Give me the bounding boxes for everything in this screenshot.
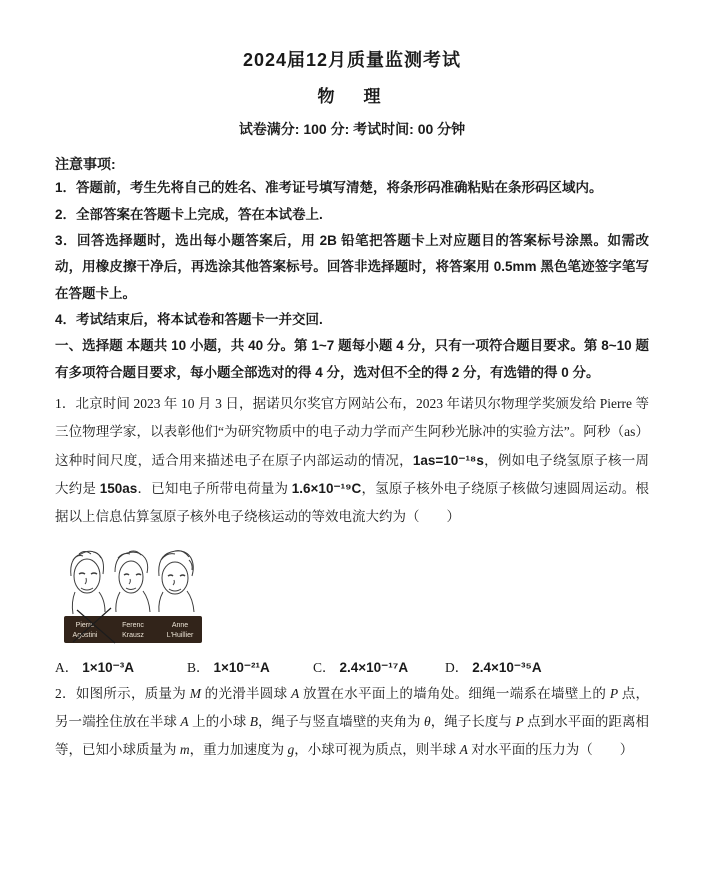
q1-text-segment-7: 1.6×10⁻¹⁹C <box>292 481 361 496</box>
laureate-3-portrait <box>159 550 194 611</box>
laureate-3-last-name: L'Huillier <box>167 632 194 639</box>
question-1-text: 1．北京时间 2023 年 10 月 3 日，据诺贝尔奖官方网站公布，2023 … <box>55 390 649 532</box>
option-value: 2.4×10⁻³⁵A <box>472 660 541 675</box>
exam-meta: 试卷满分: 100 分: 考试时间: 00 分钟 <box>55 119 649 139</box>
q2-text-segment-10: ，绳子与竖直墙壁的夹角为 <box>258 714 424 729</box>
laureate-1-last-name: Agostini <box>73 632 98 639</box>
laureates-name-banner: Pierre Agostini Ferenc Krausz Anne L'Hui… <box>64 616 202 643</box>
exam-subject: 物 理 <box>55 82 649 107</box>
option-label: A． <box>55 660 78 675</box>
question-1-option-C: C．2.4×10⁻¹⁷A <box>313 656 445 676</box>
q1-text-segment-5: 150as <box>100 481 138 496</box>
exam-title: 2024届12月质量监测考试 <box>55 46 649 72</box>
q1-text-segment-0: 1．北京时间 2023 年 10 月 3 日，据诺贝尔奖官方网站公布，2023 … <box>55 396 600 411</box>
q2-text-segment-8: 上的小球 <box>189 714 250 729</box>
q2-text-segment-2: 的光滑半圆球 <box>201 686 291 701</box>
q2-text-segment-1: M <box>190 686 201 701</box>
notice-item-3: 3．回答选择题时，选出每小题答案后，用 2B 铅笔把答题卡上对应题目的答案标号涂… <box>55 228 649 307</box>
option-label: D． <box>445 660 468 675</box>
q2-text-segment-9: B <box>250 714 258 729</box>
q2-text-segment-11: θ <box>424 714 431 729</box>
notice-item-4: 4．考试结束后，将本试卷和答题卡一并交回. <box>55 307 649 333</box>
laureate-2-last-name: Krausz <box>122 632 144 639</box>
laureates-sketch-image: Pierre Agostini Ferenc Krausz Anne L'Hui… <box>63 546 203 646</box>
section-header: 一、选择题 本题共 10 小题，共 40 分。第 1~7 题每小题 4 分，只有… <box>55 333 649 386</box>
q2-text-segment-0: 2．如图所示，质量为 <box>55 686 190 701</box>
exam-page: 2024届12月质量监测考试 物 理 试卷满分: 100 分: 考试时间: 00… <box>0 0 701 877</box>
q2-text-segment-18: ，小球可视为质点，则半球 <box>294 742 459 757</box>
notice-item-1: 1．答题前，考生先将自己的姓名、准考证号填写清楚，将条形码准确粘贴在条形码区域内… <box>55 175 649 201</box>
option-label: B． <box>187 660 210 675</box>
q1-text-segment-3: 1as=10⁻¹⁸s <box>413 453 484 468</box>
question-2-text: 2．如图所示，质量为 M 的光滑半圆球 A 放置在水平面上的墙角处。细绳一端系在… <box>55 680 649 765</box>
question-1-option-D: D．2.4×10⁻³⁵A <box>445 656 649 676</box>
notice-item-2: 2．全部答案在答题卡上完成，答在本试卷上. <box>55 202 649 228</box>
notice-list: 1．答题前，考生先将自己的姓名、准考证号填写清楚，将条形码准确粘贴在条形码区域内… <box>55 175 649 333</box>
q2-text-segment-20: 对水平面的压力为（ ） <box>468 742 633 757</box>
option-label: C． <box>313 660 336 675</box>
q1-text-segment-1: Pierre <box>600 396 632 411</box>
question-1-option-A: A．1×10⁻³A <box>55 656 187 676</box>
q2-text-segment-12: ，绳子长度与 <box>431 714 516 729</box>
question-1-option-B: B．1×10⁻²¹A <box>187 656 313 676</box>
q2-text-segment-15: m <box>180 742 190 757</box>
q2-text-segment-5: P <box>610 686 618 701</box>
q2-text-segment-19: A <box>460 742 468 757</box>
laureate-2-first-name: Ferenc <box>122 622 144 629</box>
q1-text-segment-6: ．已知电子所带电荷量为 <box>137 481 292 496</box>
option-value: 1×10⁻²¹A <box>214 660 270 675</box>
q2-text-segment-7: A <box>180 714 188 729</box>
notice-heading: 注意事项: <box>55 153 649 175</box>
nobel-laureates-figure: Pierre Agostini Ferenc Krausz Anne L'Hui… <box>63 546 203 646</box>
laureate-3-first-name: Anne <box>172 622 188 629</box>
q2-text-segment-4: 放置在水平面上的墙角处。细绳一端系在墙壁上的 <box>299 686 610 701</box>
q2-text-segment-13: P <box>515 714 523 729</box>
option-value: 2.4×10⁻¹⁷A <box>340 660 409 675</box>
laureate-1-portrait <box>71 551 105 614</box>
q2-text-segment-16: ，重力加速度为 <box>190 742 288 757</box>
option-value: 1×10⁻³A <box>82 660 134 675</box>
question-1-options: A．1×10⁻³AB．1×10⁻²¹AC．2.4×10⁻¹⁷AD．2.4×10⁻… <box>55 656 649 676</box>
laureate-2-portrait <box>115 551 150 612</box>
